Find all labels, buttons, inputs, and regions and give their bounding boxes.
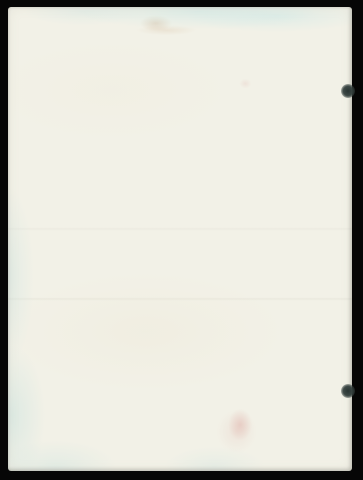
paper-page [8, 7, 352, 471]
punch-hole-bottom [341, 384, 355, 398]
punch-hole-top [341, 84, 355, 98]
scanner-background [0, 0, 363, 480]
